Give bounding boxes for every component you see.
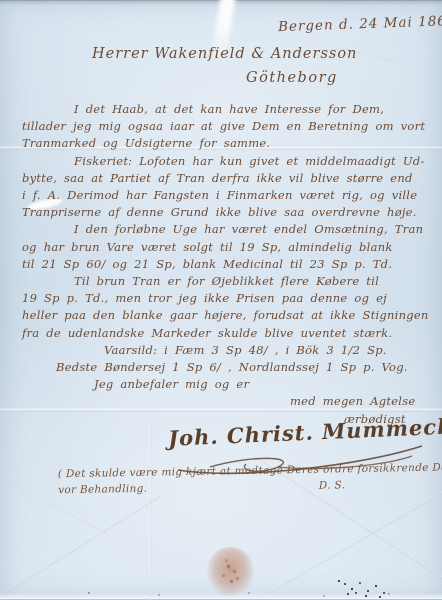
body-line: bytte, saa at Partiet af Tran derfra ikk…	[22, 170, 438, 187]
body-line: heller paa den blanke gaar højere, forud…	[22, 307, 438, 324]
fold-crease-diagonal-right-up	[268, 490, 442, 594]
postscript: ( Det skulde være mig kjært at modtage D…	[58, 461, 433, 499]
letter-body: I det Haab, at det kan have Interesse fo…	[22, 101, 438, 428]
recipient-name: Herrer Wakenfield & Andersson	[92, 46, 357, 62]
body-line: I den forløbne Uge har været endel Omsæt…	[22, 221, 438, 238]
edge-speckles	[88, 592, 90, 594]
body-line: Tranpriserne af denne Grund ikke blive s…	[22, 204, 438, 221]
closing-line: med megen Agtelse	[22, 393, 438, 410]
body-line: Til brun Tran er for Øjeblikket flere Kø…	[22, 273, 438, 290]
wax-seal-stain	[207, 547, 254, 596]
dateline: Bergen d. 24 Mai 1864	[278, 13, 442, 35]
body-line: i f. A. Derimod har Fangsten i Finmarken…	[22, 187, 438, 204]
body-line: tillader jeg mig ogsaa iaar at give Dem …	[22, 118, 438, 135]
body-line: Tranmarked og Udsigterne for samme.	[22, 135, 438, 152]
letter-scan: Bergen d. 24 Mai 1864 Herrer Wakenfield …	[0, 0, 442, 600]
body-line: I det Haab, at det kan have Interesse fo…	[22, 101, 438, 118]
body-line: til 21 Sp 60/ og 21 Sp, blank Medicinal …	[22, 256, 438, 273]
price-line-sej: Bedste Bøndersej 1 Sp 6/ , Nordlandssej …	[22, 359, 438, 376]
postscript-initials: D. S.	[319, 478, 346, 494]
price-line-vaarsild: Vaarsild: i Fæm 3 Sp 48/ , i Bök 3 1/2 S…	[22, 342, 438, 359]
body-line: og har brun Vare været solgt til 19 Sp, …	[22, 239, 438, 256]
ink-speckles	[338, 580, 340, 582]
postscript-line-end: vor Behandling.	[58, 482, 147, 496]
closing-line: Jeg anbefaler mig og er	[22, 376, 438, 393]
body-line: Fiskeriet: Lofoten har kun givet et midd…	[22, 153, 438, 170]
recipient-city: Götheborg	[246, 70, 338, 86]
body-line: 19 Sp p. Td., men tror jeg ikke Prisen p…	[22, 290, 438, 307]
body-line: fra de udenlandske Markeder skulde blive…	[22, 325, 438, 342]
fold-crease-diagonal-left	[0, 494, 162, 596]
